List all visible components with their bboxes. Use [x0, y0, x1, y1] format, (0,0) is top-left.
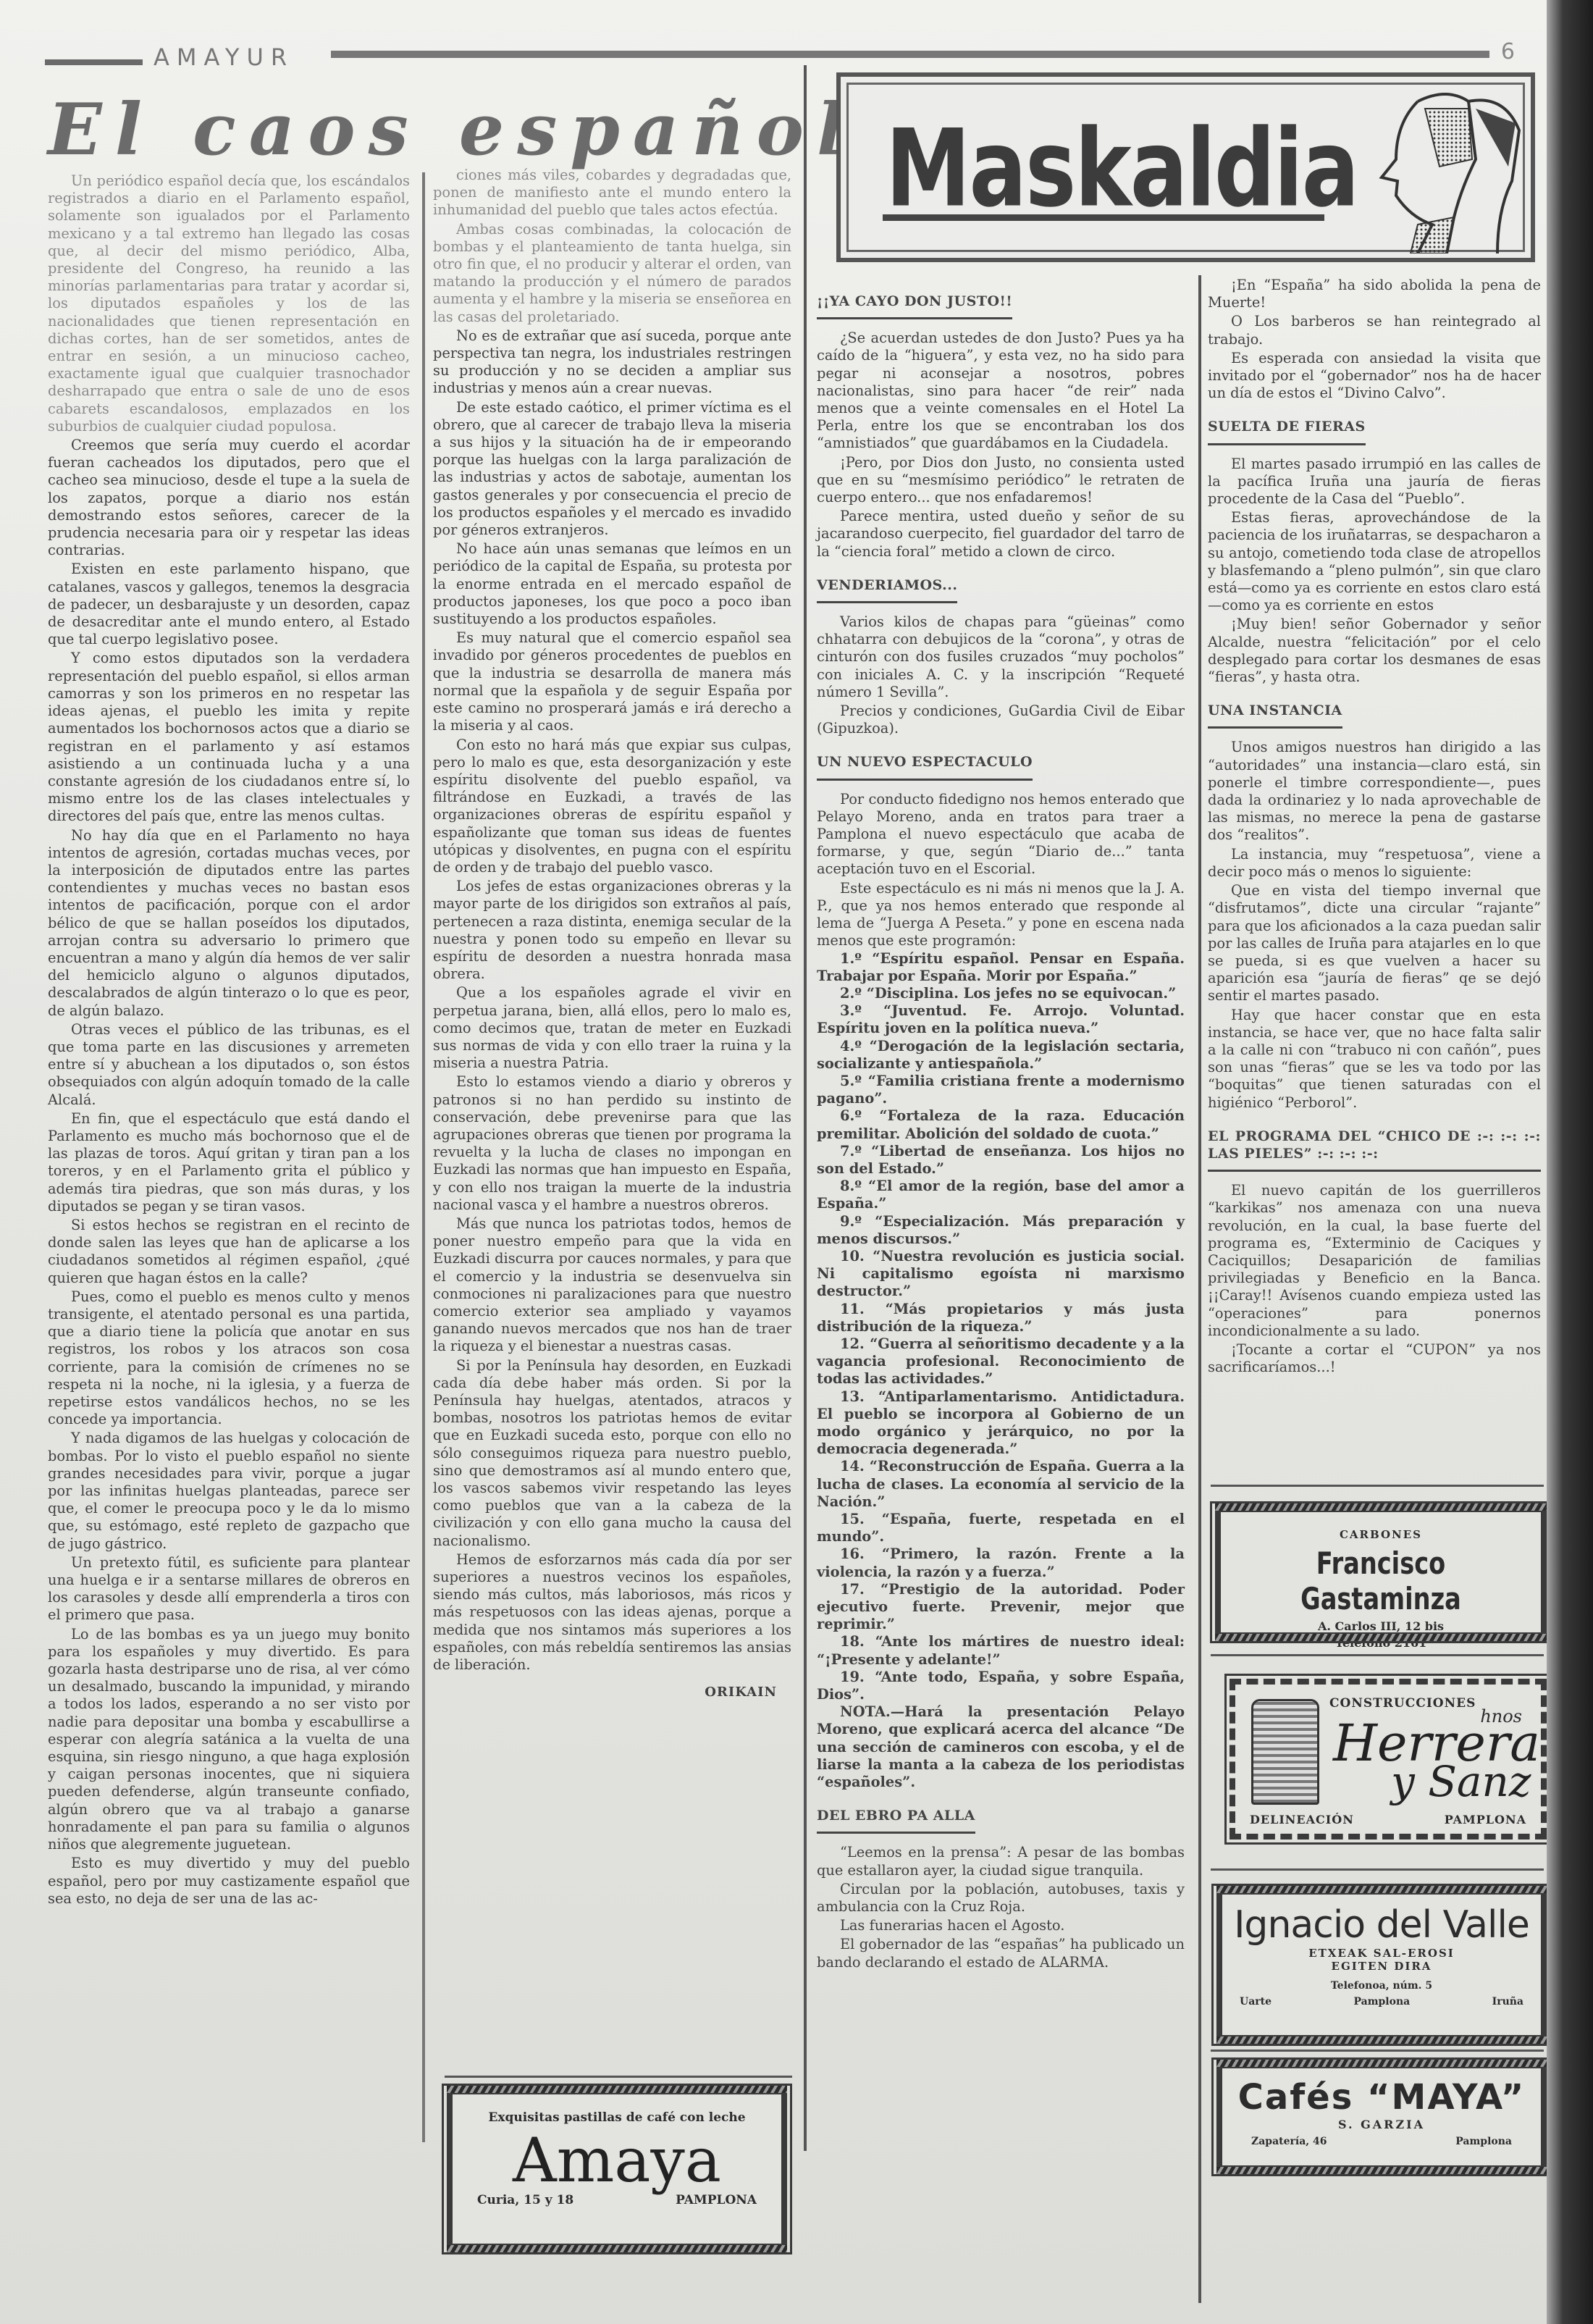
- ad-separator: [1211, 1654, 1544, 1656]
- paragraph: De este estado caótico, el primer víctim…: [433, 399, 791, 540]
- ad-address: A. Carlos III, 12 bis: [1221, 1619, 1541, 1633]
- section-heading: SUELTA DE FIERAS: [1208, 418, 1366, 445]
- section-heading: DEL EBRO PA ALLA: [817, 1807, 975, 1834]
- rope-border-top: [1215, 1503, 1547, 1511]
- banner-underline: [883, 214, 1324, 221]
- ad-brand: Francisco Gastaminza: [1253, 1545, 1509, 1616]
- banner-title: Maskaldia: [886, 106, 1358, 231]
- paragraph: Circulan por la población, autobuses, ta…: [817, 1881, 1185, 1916]
- two-faces-illustration-icon: [1367, 80, 1526, 253]
- ad-footer-right: PAMPLONA: [1445, 1813, 1526, 1826]
- paragraph: Precios y condiciones, GuGardia Civil de…: [817, 702, 1185, 737]
- paragraph: Que a los españoles agrade el vivir en p…: [433, 984, 791, 1072]
- ad-category: CARBONES: [1221, 1528, 1541, 1541]
- program-list-item: 9.º “Especialización. Más preparación y …: [817, 1213, 1185, 1248]
- ad-address: Curia, 15 y 18: [477, 2193, 573, 2207]
- program-list-item: 6.º “Fortaleza de la raza. Educación pre…: [817, 1107, 1185, 1142]
- paragraph: Esto lo estamos viendo a diario y obrero…: [433, 1073, 791, 1214]
- ad-address: Zapatería, 46: [1251, 2136, 1327, 2147]
- program-list-item: 15. “España, fuerte, respetada en el mun…: [817, 1511, 1185, 1545]
- paragraph: En fin, que el espectáculo que está dand…: [48, 1110, 410, 1215]
- article-column-1: Un periódico español decía que, los escá…: [48, 172, 410, 2309]
- paragraph: No es de extrañar que así suceda, porque…: [433, 327, 791, 398]
- paragraph: Los jefes de estas organizaciones obrera…: [433, 878, 791, 983]
- paragraph: El nuevo capitán de los guerrilleros “ka…: [1208, 1182, 1541, 1340]
- paragraph: ciones más viles, cobardes y degradadas …: [433, 167, 791, 219]
- paragraph: Hay que hacer constar que en esta instan…: [1208, 1007, 1541, 1112]
- program-list-item: 8.º “El amor de la región, base del amor…: [817, 1178, 1185, 1212]
- section-heading: EL PROGRAMA DEL “CHICO DE :-: :-: :-: LA…: [1208, 1128, 1541, 1172]
- ad-ignacio-del-valle: Ignacio del Valle ETXEAK SAL-EROSI EGITE…: [1216, 1889, 1547, 2041]
- program-list-item: 16. “Primero, la razón. Frente a la viol…: [817, 1545, 1185, 1580]
- paragraph: Ambas cosas combinadas, la colocación de…: [433, 221, 791, 326]
- ad-footer-left: DELINEACIÓN: [1250, 1813, 1354, 1826]
- paragraph: El gobernador de las “españas” ha public…: [817, 1936, 1185, 1971]
- paragraph: Las funerarias hacen el Agosto.: [817, 1917, 1185, 1934]
- ad-line-2: EGITEN DIRA: [1222, 1960, 1541, 1973]
- ad-herrera-y-sanz: CONSTRUCCIONES hnos Herrera y Sanz DELIN…: [1230, 1679, 1547, 1840]
- newspaper-page: AMAYUR 6 El caos español Un periódico es…: [0, 0, 1550, 2324]
- maskaldia-column-3: ¡¡YA CAYO DON JUSTO!!¿Se acuerdan ustede…: [817, 277, 1185, 2160]
- program-list-item: 17. “Prestigio de la autoridad. Poder ej…: [817, 1581, 1185, 1634]
- paragraph: Con esto no hará más que expiar sus culp…: [433, 737, 791, 877]
- paragraph: Hemos de esforzarnos más cada día por se…: [433, 1551, 791, 1674]
- paragraph: Más que nunca los patriotas todos, hemos…: [433, 1215, 791, 1356]
- program-list-item: 1.º “Espíritu español. Pensar en España.…: [817, 950, 1185, 985]
- paragraph: ¡Muy bien! señor Gobernador y señor Alca…: [1208, 616, 1541, 686]
- ad-brand: Ignacio del Valle: [1222, 1903, 1541, 1947]
- program-list-item: 14. “Reconstrucción de España. Guerra a …: [817, 1458, 1185, 1511]
- paragraph: ¡Pero, por Dios don Justo, no consienta …: [817, 454, 1185, 507]
- rope-border-bottom: [447, 2245, 787, 2252]
- ad-footer-left: Uarte: [1240, 1996, 1272, 2008]
- paragraph: Este espectáculo es ni más ni menos que …: [817, 880, 1185, 950]
- rope-border-top: [1216, 2060, 1547, 2067]
- paragraph: Pues, como el pueblo es menos culto y me…: [48, 1288, 410, 1429]
- paragraph: Otras veces el público de las tribunas, …: [48, 1021, 410, 1109]
- program-list-item: 12. “Guerra al señoritismo decadente y a…: [817, 1335, 1185, 1388]
- ad-category: CONSTRUCCIONES: [1329, 1696, 1476, 1711]
- ad-phone: Telefonoa, núm. 5: [1222, 1980, 1541, 1992]
- paragraph: NOTA.—Hará la presentación Pelayo Moreno…: [817, 1703, 1185, 1791]
- program-list-item: 3.º “Juventud. Fe. Arrojo. Voluntad. Esp…: [817, 1002, 1185, 1037]
- paragraph: Creemos que sería muy cuerdo el acordar …: [48, 437, 410, 559]
- ad-city: Pamplona: [1455, 2136, 1512, 2147]
- ad-brand-line-2: y Sanz: [1391, 1757, 1531, 1806]
- paragraph: Estas fieras, aprovechándose de la pacie…: [1208, 509, 1541, 614]
- paragraph: ¡Tocante a cortar el “CUPON” ya nos sacr…: [1208, 1341, 1541, 1376]
- ad-footer-right: Iruña: [1492, 1996, 1523, 2008]
- column-rule-3: [1198, 275, 1201, 2303]
- ad-separator: [1211, 2050, 1544, 2052]
- paragraph: Y nada digamos de las huelgas y colocaci…: [48, 1430, 410, 1552]
- rope-border-bottom: [1216, 2036, 1547, 2044]
- ad-brand: Cafés “MAYA”: [1222, 2077, 1541, 2118]
- paragraph: Lo de las bombas es ya un juego muy boni…: [48, 1626, 410, 1854]
- paragraph: Un periódico español decía que, los escá…: [48, 172, 410, 435]
- rope-border-top: [1216, 1886, 1547, 1893]
- paragraph: No hay día que en el Parlamento no haya …: [48, 827, 410, 1020]
- rope-border-top: [447, 2086, 787, 2093]
- paragraph: Por conducto fidedigno nos hemos enterad…: [817, 791, 1185, 878]
- building-logo-icon: [1251, 1699, 1319, 1805]
- ad-amaya: Exquisitas pastillas de café con leche A…: [447, 2089, 787, 2249]
- paragraph: “Leemos en la prensa”: A pesar de las bo…: [817, 1844, 1185, 1879]
- publication-name: AMAYUR: [154, 43, 294, 71]
- article-headline: El caos español: [48, 88, 801, 168]
- ad-separator: [1211, 1868, 1544, 1871]
- paragraph: Y como estos diputados son la verdadera …: [48, 650, 410, 825]
- paragraph: El martes pasado irrumpió en las calles …: [1208, 456, 1541, 508]
- program-list-item: 2.º “Disciplina. Los jefes no se equivoc…: [817, 985, 1185, 1002]
- ad-city: PAMPLONA: [676, 2193, 757, 2207]
- program-list: 1.º “Espíritu español. Pensar en España.…: [817, 950, 1185, 1704]
- rope-border-bottom: [1215, 1634, 1547, 1641]
- masthead-rule-left: [45, 59, 143, 65]
- program-list-item: 19. “Ante todo, España, y sobre España, …: [817, 1669, 1185, 1703]
- ad-brand: Amaya: [453, 2128, 781, 2193]
- article-signature: ORIKAIN: [433, 1684, 791, 1701]
- paragraph: No hace aún unas semanas que leímos en u…: [433, 540, 791, 628]
- masthead: AMAYUR 6: [45, 43, 1515, 72]
- section-heading: ¡¡YA CAYO DON JUSTO!!: [817, 293, 1012, 319]
- program-list-item: 10. “Nuestra revolución es justicia soci…: [817, 1248, 1185, 1301]
- paragraph: Es muy natural que el comercio español s…: [433, 629, 791, 734]
- paragraph: Esto es muy divertido y muy del pueblo e…: [48, 1855, 410, 1908]
- rope-border-bottom: [1216, 2167, 1547, 2174]
- ad-separator: [445, 2076, 792, 2078]
- scanner-border: [1547, 0, 1593, 2324]
- paragraph: Existen en este parlamento hispano, que …: [48, 561, 410, 648]
- maskaldia-column-4: ¡En “España” ha sido abolida la pena de …: [1208, 277, 1541, 1472]
- program-list-item: 7.º “Libertad de enseñanza. Los hijos no…: [817, 1143, 1185, 1178]
- program-list-item: 18. “Ante los mártires de nuestro ideal:…: [817, 1633, 1185, 1668]
- page-number: 6: [1501, 39, 1515, 64]
- paragraph: O Los barberos se han reintegrado al tra…: [1208, 313, 1541, 348]
- ad-footer-center: Pamplona: [1353, 1996, 1410, 2008]
- ad-line-1: ETXEAK SAL-EROSI: [1222, 1947, 1541, 1960]
- program-list-item: 13. “Antiparlamentarismo. Antidictadura.…: [817, 1388, 1185, 1459]
- paragraph: ¿Se acuerdan ustedes de don Justo? Pues …: [817, 330, 1185, 452]
- paragraph: Si por la Península hay desorden, en Euz…: [433, 1357, 791, 1550]
- paragraph: Unos amigos nuestros han dirigido a las …: [1208, 739, 1541, 844]
- ad-cafes-maya: Cafés “MAYA” S. GARZIA Zapatería, 46 Pam…: [1216, 2063, 1547, 2171]
- program-list-item: 4.º “Derogación de la legislación sectar…: [817, 1038, 1185, 1073]
- paragraph: Varios kilos de chapas para “güeinas” co…: [817, 613, 1185, 701]
- paragraph: Que en vista del tiempo invernal que “di…: [1208, 882, 1541, 1004]
- column-rule-1: [422, 172, 425, 2142]
- masthead-rule-right: [331, 51, 1489, 58]
- ad-separator: [1211, 1485, 1544, 1487]
- program-list-item: 5.º “Familia cristiana frente a modernis…: [817, 1073, 1185, 1107]
- paragraph: La instancia, muy “respetuosa”, viene a …: [1208, 846, 1541, 881]
- section-heading: VENDERIAMOS...: [817, 576, 957, 603]
- maskaldia-section-banner: Maskaldia: [836, 72, 1535, 262]
- paragraph: Un pretexto fútil, es suficiente para pl…: [48, 1554, 410, 1624]
- paragraph: ¡En “España” ha sido abolida la pena de …: [1208, 277, 1541, 311]
- ad-gastaminza: CARBONES Francisco Gastaminza A. Carlos …: [1215, 1506, 1547, 1638]
- section-heading: UN NUEVO ESPECTACULO: [817, 753, 1033, 780]
- ad-owner: S. GARZIA: [1222, 2118, 1541, 2131]
- article-column-2: ciones más viles, cobardes y degradadas …: [433, 167, 791, 2078]
- column-rule-2: [804, 65, 807, 2151]
- program-list-item: 11. “Más propietarios y más justa distri…: [817, 1301, 1185, 1335]
- section-heading: UNA INSTANCIA: [1208, 702, 1342, 729]
- ad-tagline: Exquisitas pastillas de café con leche: [453, 2110, 781, 2125]
- paragraph: Parece mentira, usted dueño y señor de s…: [817, 508, 1185, 561]
- paragraph: Es esperada con ansiedad la visita que i…: [1208, 350, 1541, 403]
- paragraph: Si estos hechos se registran en el recin…: [48, 1217, 410, 1287]
